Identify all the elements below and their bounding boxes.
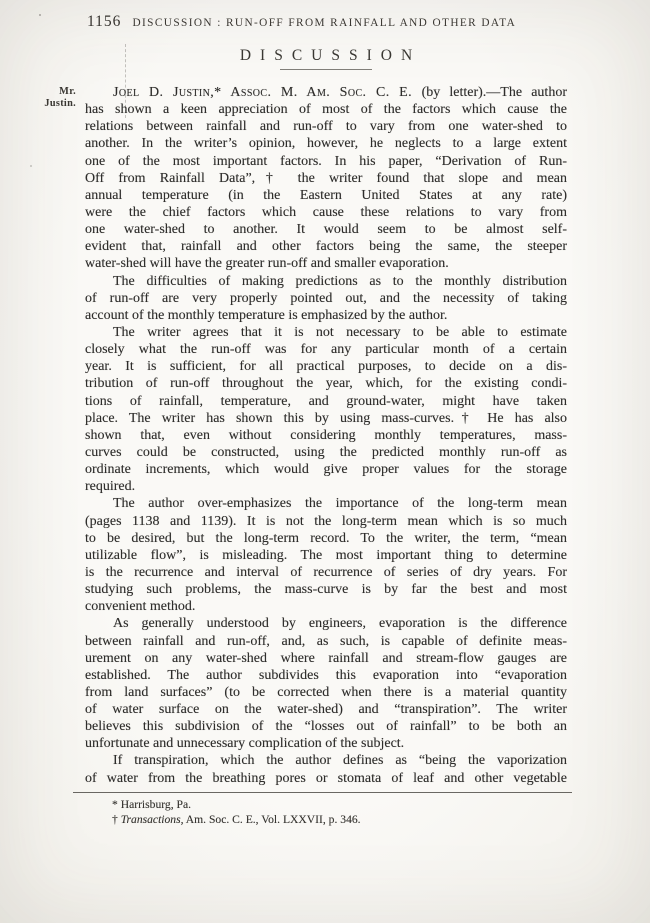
text-line: to be desired, but the long-term record.… (85, 530, 567, 547)
text-line: Off from Rainfall Data”,† the writer fou… (85, 170, 567, 187)
text-segment: (by letter).—The author (422, 85, 567, 100)
text-line: account of the monthly temperature is em… (85, 307, 567, 324)
text-segment: established. The author subdivides this … (85, 668, 567, 683)
text-segment: believes this subdivision of the “losses… (85, 719, 567, 734)
text-line: required. (85, 478, 567, 495)
text-segment: The writer agrees that it is not necessa… (113, 325, 567, 340)
text-line: place. The writer has shown this by usin… (85, 410, 567, 427)
text-segment: water-shed will have the greater run-off… (85, 256, 449, 271)
text-line: believes this subdivision of the “losses… (85, 718, 567, 735)
text-line: another. In the writer’s opinion, howeve… (85, 135, 567, 152)
text-segment: is the recurrence and interval of recurr… (85, 565, 567, 580)
text-segment: The author over-emphasizes the importanc… (113, 496, 567, 511)
text-segment: evident that, rainfall and other factors… (85, 239, 567, 254)
text-segment: (pages 1138 and 1139). It is not the lon… (85, 514, 567, 529)
text-line: between rainfall and run-off, and, as su… (85, 633, 567, 650)
text-line: If transpiration, which the author defin… (85, 752, 567, 769)
text-segment: utilizable flow”, is misleading. The mos… (85, 548, 567, 563)
text-line: The author over-emphasizes the importanc… (85, 495, 567, 512)
text-segment: one of the most important factors. In hi… (85, 154, 567, 169)
running-header: 1156 DISCUSSION : RUN-OFF FROM RAINFALL … (87, 13, 516, 31)
text-segment: between rainfall and run-off, and, as su… (85, 634, 567, 649)
text-segment: account of the monthly temperature is em… (85, 308, 447, 323)
heading-rule (280, 69, 372, 70)
text-segment: annual temperature (in the Eastern Unite… (85, 188, 567, 203)
section-heading-text: DISCUSSION (231, 47, 421, 64)
text-line: curves could be constructed, using the p… (85, 444, 567, 461)
text-segment: Am. Soc. C. E., Vol. LXXVII, p. 346. (184, 813, 361, 826)
text-line: of run-off are very properly pointed out… (85, 290, 567, 307)
text-line: convenient method. (85, 598, 567, 615)
text-line: Joel D. Justin,* Assoc. M. Am. Soc. C. E… (85, 84, 567, 101)
footnote-line: * Harrisburg, Pa. (112, 797, 572, 812)
text-line: water-shed will have the greater run-off… (85, 255, 567, 272)
text-line: one of the most important factors. In hi… (85, 153, 567, 170)
body-text: Joel D. Justin,* Assoc. M. Am. Soc. C. E… (85, 84, 567, 787)
text-segment: If transpiration, which the author defin… (113, 753, 567, 768)
text-segment: of water from the breathing pores or sto… (85, 771, 567, 786)
footnote-line: † Transactions, Am. Soc. C. E., Vol. LXX… (112, 812, 572, 827)
text-segment: Off from Rainfall Data”,† the writer fou… (85, 171, 567, 186)
text-segment: relations between rainfall and run-off t… (85, 119, 567, 134)
text-line: evident that, rainfall and other factors… (85, 238, 567, 255)
text-line: from land surfaces” (to be corrected whe… (85, 684, 567, 701)
text-line: year. It is sufficient, for all practica… (85, 358, 567, 375)
text-segment: to be desired, but the long-term record.… (85, 531, 567, 546)
text-line: relations between rainfall and run-off t… (85, 118, 567, 135)
text-line: tions of rainfall, temperature, and grou… (85, 393, 567, 410)
text-segment: tions of rainfall, temperature, and grou… (85, 394, 567, 409)
text-line: shown that, even without considering mon… (85, 427, 567, 444)
text-segment: curves could be constructed, using the p… (85, 445, 567, 460)
scanned-page: 1156 DISCUSSION : RUN-OFF FROM RAINFALL … (0, 0, 650, 923)
text-segment: ordinate increments, which would give pr… (85, 462, 567, 477)
text-line: unfortunate and unnecessary complication… (85, 735, 567, 752)
footnotes: * Harrisburg, Pa.† Transactions, Am. Soc… (112, 797, 572, 827)
margin-note-line: Mr. (0, 86, 76, 98)
text-segment: another. In the writer’s opinion, howeve… (85, 136, 567, 151)
text-line: ordinate increments, which would give pr… (85, 461, 567, 478)
text-line: As generally understood by engineers, ev… (85, 615, 567, 632)
text-line: annual temperature (in the Eastern Unite… (85, 187, 567, 204)
footnote-rule (73, 792, 572, 793)
text-segment: tribution of run-off throughout the year… (85, 376, 567, 391)
text-segment: Joel D. Justin,* Assoc. M. Am. Soc. C. E… (113, 85, 422, 100)
text-segment: were the chief factors which cause these… (85, 205, 567, 220)
text-line: is the recurrence and interval of recurr… (85, 564, 567, 581)
scan-speck (39, 14, 41, 16)
scan-speck (30, 165, 32, 167)
text-line: utilizable flow”, is misleading. The mos… (85, 547, 567, 564)
section-heading: DISCUSSION (85, 47, 567, 70)
text-line: closely what the run-off was for any par… (85, 341, 567, 358)
text-segment: year. It is sufficient, for all practica… (85, 359, 567, 374)
text-line: one water-shed to another. It would seem… (85, 221, 567, 238)
margin-speaker-note: Mr. Justin. (0, 86, 76, 109)
text-segment: has shown a keen appreciation of most of… (85, 102, 567, 117)
text-line: The writer agrees that it is not necessa… (85, 324, 567, 341)
text-line: tribution of run-off throughout the year… (85, 375, 567, 392)
text-segment: studying such problems, the mass-curve i… (85, 582, 567, 597)
text-segment: * Harrisburg, Pa. (112, 798, 191, 811)
text-line: of water from the breathing pores or sto… (85, 770, 567, 787)
text-segment: The difficulties of making predictions a… (113, 274, 567, 289)
text-line: (pages 1138 and 1139). It is not the lon… (85, 513, 567, 530)
text-segment: convenient method. (85, 599, 195, 614)
text-segment: As generally understood by engineers, ev… (113, 616, 567, 631)
running-title: DISCUSSION : RUN-OFF FROM RAINFALL AND O… (132, 17, 516, 29)
page-number: 1156 (87, 13, 121, 31)
text-segment: one water-shed to another. It would seem… (85, 222, 567, 237)
text-segment: closely what the run-off was for any par… (85, 342, 567, 357)
text-line: studying such problems, the mass-curve i… (85, 581, 567, 598)
text-line: urement on any water-shed where rainfall… (85, 650, 567, 667)
text-line: established. The author subdivides this … (85, 667, 567, 684)
text-segment: unfortunate and unnecessary complication… (85, 736, 404, 751)
text-segment: of run-off are very properly pointed out… (85, 291, 567, 306)
text-line: were the chief factors which cause these… (85, 204, 567, 221)
text-line: of water surface on the water-shed) and … (85, 701, 567, 718)
text-segment: of water surface on the water-shed) and … (85, 702, 567, 717)
text-segment: urement on any water-shed where rainfall… (85, 651, 567, 666)
text-segment: place. The writer has shown this by usin… (85, 411, 567, 426)
text-segment: Transactions, (121, 813, 184, 826)
text-segment: † (112, 813, 121, 826)
text-line: The difficulties of making predictions a… (85, 273, 567, 290)
text-segment: shown that, even without considering mon… (85, 428, 567, 443)
text-segment: from land surfaces” (to be corrected whe… (85, 685, 567, 700)
text-line: has shown a keen appreciation of most of… (85, 101, 567, 118)
margin-note-line: Justin. (0, 98, 76, 110)
text-segment: required. (85, 479, 135, 494)
